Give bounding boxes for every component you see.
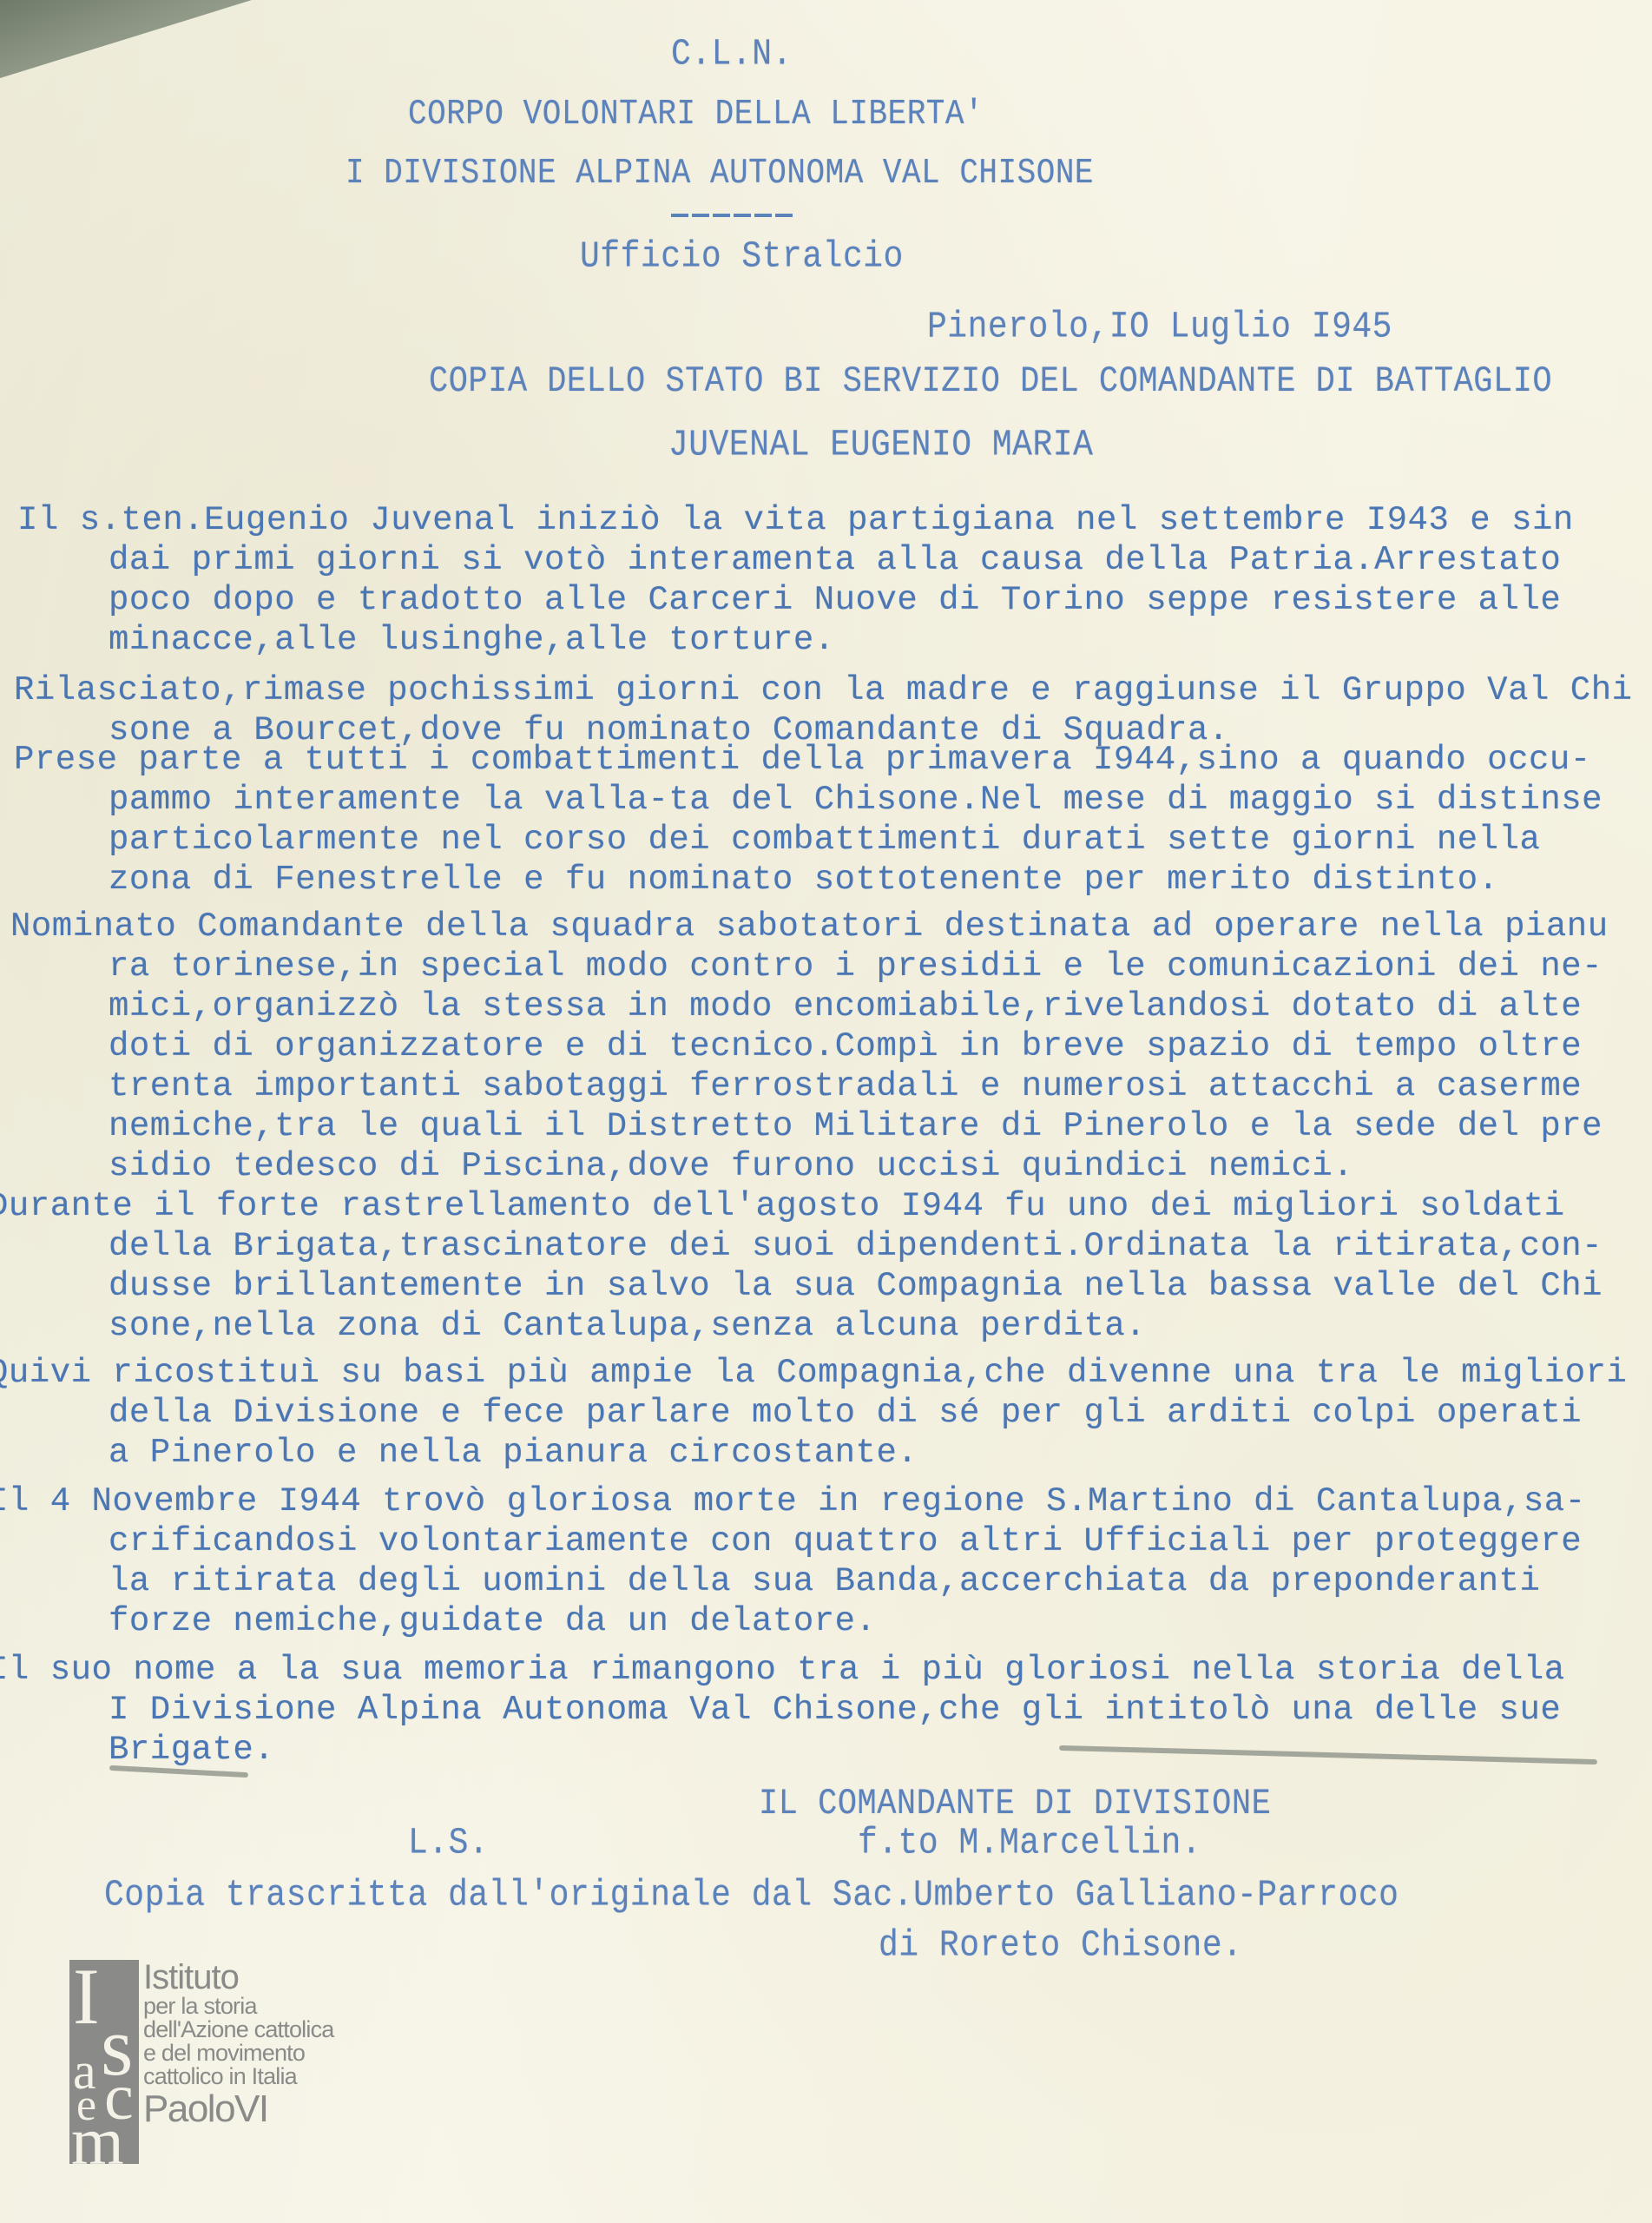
body-line: sone,nella zona di Cantalupa,senza alcun… <box>109 1309 1146 1343</box>
body-line: sidio tedesco di Piscina,dove furono ucc… <box>109 1150 1353 1184</box>
logo-line-movimento: e del movimento <box>143 2042 334 2065</box>
body-line: Prese parte a tutti i combattimenti dell… <box>14 743 1591 777</box>
seal-mark: L.S. <box>408 1825 489 1863</box>
logo-letter-i: I <box>73 1956 100 2036</box>
pencil-underline-right <box>1059 1745 1597 1765</box>
body-line: Rilasciato,rimase pochissimi giorni con … <box>14 674 1633 708</box>
logo-line-azione: dell'Azione cattolica <box>143 2018 334 2042</box>
body-line: a Pinerolo e nella pianura circostante. <box>109 1436 918 1470</box>
body-line: doti di organizzatore e di tecnico.Compì… <box>109 1030 1582 1064</box>
logo-line-istituto: Istituto <box>143 1960 334 1995</box>
body-line: particolarmente nel corso dei combattime… <box>109 823 1540 857</box>
body-line: Durante il forte rastrellamento dell'ago… <box>0 1190 1565 1224</box>
subject-name: JUVENAL EUGENIO MARIA <box>668 427 1093 465</box>
body-line: Il 4 Novembre I944 trovò gloriosa morte … <box>0 1485 1586 1519</box>
body-line: nemiche,tra le quali il Distretto Milita… <box>109 1110 1603 1144</box>
scanned-page-corner-shadow <box>0 0 252 78</box>
isacem-logo: I s a c e m Istituto per la storia dell'… <box>69 1960 347 2168</box>
document-title: COPIA DELLO STATO BI SERVIZIO DEL COMAND… <box>429 365 1552 400</box>
transcription-parish: di Roreto Chisone. <box>879 1928 1242 1965</box>
org-name: CORPO VOLONTARI DELLA LIBERTA' <box>408 97 984 132</box>
signed-by: f.to M.Marcellin. <box>858 1825 1201 1863</box>
body-line: Brigate. <box>109 1733 274 1767</box>
division-name: I DIVISIONE ALPINA AUTONOMA VAL CHISONE <box>346 156 1094 191</box>
body-line: dusse brillantemente in salvo la sua Com… <box>109 1270 1603 1303</box>
body-line: Il suo nome a la sua memoria rimangono t… <box>0 1653 1565 1687</box>
body-line: ra torinese,in special modo contro i pre… <box>109 950 1603 984</box>
logo-wordmark: Istituto per la storia dell'Azione catto… <box>143 1960 334 2128</box>
body-line: della Divisione e fece parlare molto di … <box>109 1396 1582 1430</box>
header-separator <box>671 214 794 217</box>
body-line: trenta importanti sabotaggi ferrostradal… <box>109 1070 1582 1104</box>
body-line: poco dopo e tradotto alle Carceri Nuove … <box>109 584 1561 617</box>
body-line: I Divisione Alpina Autonoma Val Chisone,… <box>109 1693 1561 1727</box>
body-line: Il s.ten.Eugenio Juvenal iniziò la vita … <box>17 504 1574 538</box>
body-line: mici,organizzò la stessa in modo encomia… <box>109 990 1582 1024</box>
body-line: zona di Fenestrelle e fu nominato sottot… <box>109 863 1499 897</box>
logo-line-italia: cattolico in Italia <box>143 2065 334 2088</box>
body-line: pammo interamente la valla-ta del Chison… <box>109 783 1603 817</box>
org-abbreviation: C.L.N. <box>671 36 793 74</box>
body-line: della Brigata,trascinatore dei suoi dipe… <box>109 1230 1603 1263</box>
logo-line-storia: per la storia <box>143 1995 334 2018</box>
signature-title: IL COMANDANTE DI DIVISIONE <box>759 1787 1271 1823</box>
place-date: Pinerolo,IO Luglio I945 <box>927 309 1392 346</box>
body-line: forze nemiche,guidate da un delatore. <box>109 1605 876 1639</box>
body-line: Nominato Comandante della squadra sabota… <box>10 910 1609 944</box>
body-line: dai primi giorni si votò interamenta all… <box>109 544 1561 577</box>
transcription-note: Copia trascritta dall'originale dal Sac.… <box>104 1877 1399 1915</box>
logo-line-paolo-vi: PaoloVI <box>143 2090 334 2128</box>
body-line: minacce,alle lusinghe,alle torture. <box>109 623 835 657</box>
body-line: Quivi ricostituì su basi più ampie la Co… <box>0 1356 1627 1390</box>
office-name: Ufficio Stralcio <box>580 239 904 276</box>
logo-letter-m: m <box>71 2108 124 2175</box>
body-line: la ritirata degli uomini della sua Banda… <box>109 1565 1540 1599</box>
logo-monogram: I s a c e m <box>69 1960 139 2164</box>
body-line: crificandosi volontariamente con quattro… <box>109 1525 1582 1559</box>
